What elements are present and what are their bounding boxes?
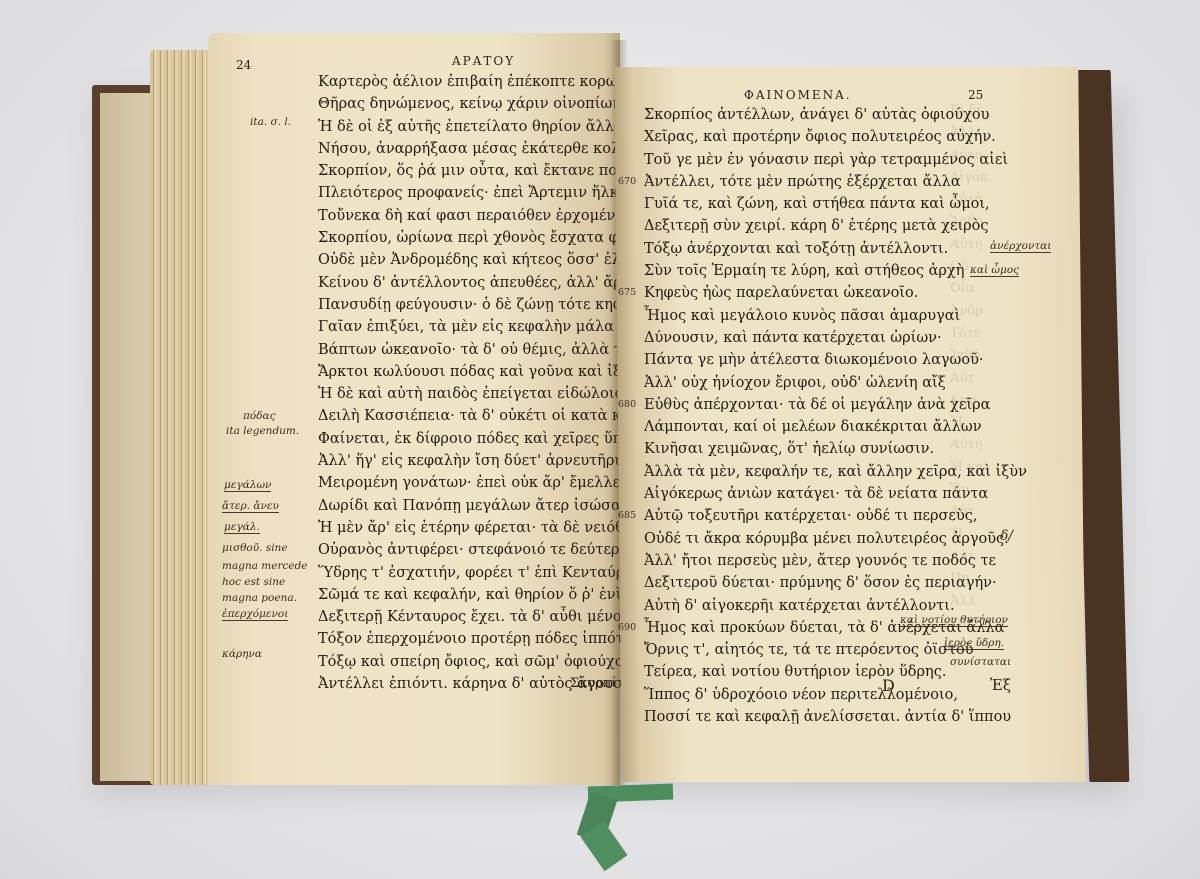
margin-note: ἐπερχόμενοι [222,608,288,621]
margin-note: μεγάλων [224,479,271,492]
right-running-head: ΦΑΙΝΟΜΕΝΑ. [744,88,852,102]
text-line: Οὐδέ τι ἄκρα κόρυμβα μένει πολυτειρέος ἀ… [644,528,1027,550]
line-text: Κηφεὺς ἠὼς παρελαύνεται ὠκεανοῖο. [644,285,918,301]
line-text: Γυῖά τε, καὶ ζώνη, καὶ στήθεα πάντα καὶ … [644,196,990,212]
right-page-text: Σκορπίος ἀντέλλων, ἀνάγει δ' αὐτὰς ὀφιού… [644,104,1027,728]
margin-note: μεγάλ. [224,521,260,534]
margin-note: δ/ [1000,528,1013,544]
text-line: Τοῦ γε μὲν ἐν γόνασιν περὶ γὰρ τετραμμέν… [644,149,1027,171]
line-number: 675 [618,282,636,304]
line-number: 670 [618,171,636,193]
line-number: 690 [618,617,636,639]
line-text: Δεξιτερῇ σὺν χειρί. κάρη δ' ἑτέρης μετὰ … [644,218,989,234]
line-number: 680 [618,394,636,416]
right-page-number: 25 [968,88,983,102]
text-line: Λάμπονται, καί οἱ μελέων διακέκριται ἄλλ… [644,416,1027,438]
text-line: Κινῆσαι χειμῶνας, ὅτ' ἠελίῳ συνίωσιν. [644,438,1027,460]
margin-note: καὶ ὦμος [970,264,1019,277]
margin-note: ita legendum. [226,425,299,437]
text-line: Αἰγόκερως ἀνιὼν κατάγει· τὰ δὲ νείατα πά… [644,483,1027,505]
right-catchword: Ἐξ [990,676,1011,694]
line-text: Ἀλλὰ τὰ μὲν, κεφαλήν τε, καὶ ἄλλην χεῖρα… [644,464,1027,480]
line-text: Τοῦ γε μὲν ἐν γόνασιν περὶ γὰρ τετραμμέν… [644,152,1008,168]
margin-note: ita. σ. l. [250,116,291,128]
margin-note: ἱερὸς ὕδρη. [944,637,1004,650]
margin-note: καὶ νοτίου θυτήριον [900,614,1008,627]
margin-note: μισθοῦ. sine [222,542,288,554]
line-text: Δύνουσιν, καὶ πάντα κατέρχεται ὠρίων· [644,330,942,346]
line-text: Ἦμος καὶ μεγάλοιο κυνὸς πᾶσαι ἀμαρυγαὶ [644,308,960,324]
text-line: Ποσσί τε καὶ κεφαλῇ ἀνελίσσεται. ἀντία δ… [644,706,1027,728]
line-text: Αἰγόκερως ἀνιὼν κατάγει· τὰ δὲ νείατα πά… [644,486,988,502]
line-text: Οὐδέ τι ἄκρα κόρυμβα μένει πολυτειρέος ἀ… [644,531,1009,547]
left-page-number: 24 [236,58,251,72]
text-line: 670Ἀντέλλει, τότε μὲν πρώτης ἐξέρχεται ἄ… [644,171,1027,193]
line-text: Αὐτὴ δ' αἰγοκερῆι κατέρχεται ἀντέλλοντι. [644,598,955,614]
margin-note: magna poena. [222,592,297,604]
line-text: Σὺν τοῖς Ἑρμαίη τε λύρη, καὶ στήθεος ἀρχ… [644,263,964,279]
line-number: 685 [618,505,636,527]
left-running-head: ΑΡΑΤΟΥ [452,54,515,68]
text-line: Ἵππος δ' ὑδροχόοιο νέον περιτελλομένοιο, [644,684,1027,706]
text-line: Χεῖρας, καὶ προτέρην ὄφιος πολυτειρέος α… [644,126,1027,148]
line-text: Ἵππος δ' ὑδροχόοιο νέον περιτελλομένοιο, [644,687,958,703]
line-text: Δεξιτεροῦ δύεται· πρύμνης δ' ὅσον ἐς περ… [644,575,997,591]
margin-note: ἄτερ. ἄνευ [222,500,279,513]
line-text: Λάμπονται, καί οἱ μελέων διακέκριται ἄλλ… [644,419,982,435]
line-text: Ἀλλ' οὐχ ἡνίοχον ἔριφοι, οὐδ' ὠλενίη αἴξ [644,375,946,391]
line-text: Αὐτῷ τοξευτῆρι κατέρχεται· οὐδέ τι περσε… [644,508,978,524]
text-line: Ἦμος καὶ μεγάλοιο κυνὸς πᾶσαι ἀμαρυγαὶ [644,305,1027,327]
line-text: Ἀντέλλει, τότε μὲν πρώτης ἐξέρχεται ἄλλα [644,174,961,190]
text-line: Σκορπίος ἀντέλλων, ἀνάγει δ' αὐτὰς ὀφιού… [644,104,1027,126]
text-line: Δύνουσιν, καὶ πάντα κατέρχεται ὠρίων· [644,327,1027,349]
line-text: Τείρεα, καὶ νοτίου θυτήριον ἱερὸν ὕδρης. [644,664,946,680]
margin-note: hoc est sine [222,576,285,588]
margin-note: πόδας [243,410,276,422]
text-line: Γυῖά τε, καὶ ζώνη, καὶ στήθεα πάντα καὶ … [644,193,1027,215]
line-text: Χεῖρας, καὶ προτέρην ὄφιος πολυτειρέος α… [644,129,996,145]
line-text: Ποσσί τε καὶ κεφαλῇ ἀνελίσσεται. ἀντία δ… [644,709,1011,725]
text-line: 680Εὐθὺς ἀπέρχονται· τὰ δέ οἱ μεγάλην ἀν… [644,394,1027,416]
line-text: Ὄρνις τ', αἰητός τε, τά τε πτερόεντος ὀϊ… [644,642,974,658]
line-text: Εὐθὺς ἀπέρχονται· τὰ δέ οἱ μεγάλην ἀνὰ χ… [644,397,990,413]
text-line: Δεξιτεροῦ δύεται· πρύμνης δ' ὅσον ἐς περ… [644,572,1027,594]
margin-note: συνίσταται [950,656,1011,668]
line-text: Τόξῳ ἀνέρχονται καὶ τοξότῃ ἀντέλλοντι. [644,241,948,257]
text-line: 685Αὐτῷ τοξευτῆρι κατέρχεται· οὐδέ τι πε… [644,505,1027,527]
line-text: Σκορπίος ἀντέλλων, ἀνάγει δ' αὐτὰς ὀφιού… [644,107,989,123]
margin-note: κάρηνα [222,648,262,660]
text-line: 675Κηφεὺς ἠὼς παρελαύνεται ὠκεανοῖο. [644,282,1027,304]
margin-note: ἀνέρχονται [990,240,1051,253]
signature-mark: D [882,676,895,695]
text-line: Ἀλλὰ τὰ μὲν, κεφαλήν τε, καὶ ἄλλην χεῖρα… [644,461,1027,483]
line-text: Ἀλλ' ἤτοι περσεὺς μὲν, ἄτερ γουνός τε πο… [644,553,996,569]
text-line: Ἀλλ' ἤτοι περσεὺς μὲν, ἄτερ γουνός τε πο… [644,550,1027,572]
line-text: Κινῆσαι χειμῶνας, ὅτ' ἠελίῳ συνίωσιν. [644,441,934,457]
text-line: Δεξιτερῇ σὺν χειρί. κάρη δ' ἑτέρης μετὰ … [644,215,1027,237]
line-text: Πάντα γε μὴν ἀτέλεστα διωκομένοιο λαγωοῦ… [644,352,984,368]
text-line: Τόξῳ ἀνέρχονται καὶ τοξότῃ ἀντέλλοντι. [644,238,1027,260]
text-line: Πάντα γε μὴν ἀτέλεστα διωκομένοιο λαγωοῦ… [644,349,1027,371]
margin-note: magna mercede [222,560,308,572]
text-line: Ἀλλ' οὐχ ἡνίοχον ἔριφοι, οὐδ' ὠλενίη αἴξ [644,372,1027,394]
